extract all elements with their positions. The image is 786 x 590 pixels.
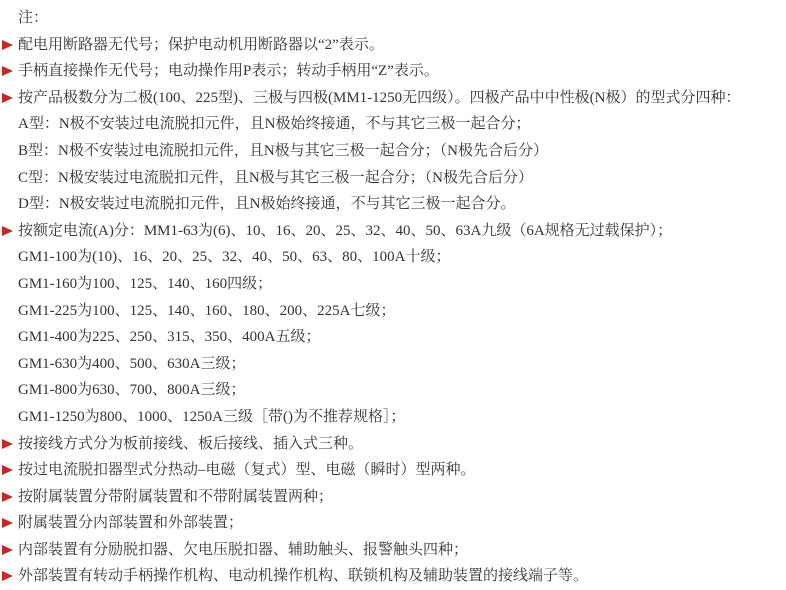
note-bullet-line: 按额定电流(A)分：MM1-63为(6)、10、16、20、25、32、40、5… (0, 218, 786, 245)
note-sub-line: B型：N极不安装过电流脱扣元件，且N极与其它三极一起合分；（N极先合后分） (0, 138, 786, 165)
note-bullet-line: 配电用断路器无代号；保护电动机用断路器以“2”表示。 (0, 32, 786, 59)
line-text: D型：N极安装过电流脱扣元件，且N极始终接通，不与其它三极一起合分。 (18, 196, 516, 212)
line-text: GM1-1250为800、1000、1250A三级［带()为不推荐规格］； (18, 409, 406, 425)
line-text: 内部装置有分励脱扣器、欠电压脱扣器、辅助触头、报警触头四种； (18, 542, 468, 558)
note-bullet-line: 按附属装置分带附属装置和不带附属装置两种； (0, 484, 786, 511)
note-bullet-line: 附属装置分内部装置和外部装置； (0, 510, 786, 537)
line-text: GM1-630为400、500、630A三级； (18, 356, 246, 372)
note-label: 注： (18, 10, 48, 26)
note-bullet-line: 手柄直接操作无代号；电动操作用P表示；转动手柄用“Z”表示。 (0, 58, 786, 85)
notes-document: 注： 配电用断路器无代号；保护电动机用断路器以“2”表示。手柄直接操作无代号；电… (0, 0, 786, 590)
arrow-bullet-icon (2, 226, 13, 236)
note-label-line: 注： (0, 5, 786, 32)
line-text: GM1-100为(10)、16、20、25、32、40、50、63、80、100… (18, 249, 451, 265)
line-text: B型：N极不安装过电流脱扣元件，且N极与其它三极一起合分；（N极先合后分） (18, 143, 548, 159)
note-bullet-line: 按接线方式分为板前接线、板后接线、插入式三种。 (0, 431, 786, 458)
arrow-bullet-icon (2, 66, 13, 76)
arrow-bullet-icon (2, 93, 13, 103)
note-sub-line: GM1-100为(10)、16、20、25、32、40、50、63、80、100… (0, 244, 786, 271)
note-sub-line: GM1-160为100、125、140、160四级； (0, 271, 786, 298)
arrow-bullet-icon (2, 439, 13, 449)
line-text: A型：N极不安装过电流脱扣元件，且N极始终接通，不与其它三极一起合分； (18, 116, 531, 132)
note-sub-line: GM1-800为630、700、800A三级； (0, 377, 786, 404)
line-text: GM1-160为100、125、140、160四级； (18, 276, 272, 292)
line-text: 按过电流脱扣器型式分热动–电磁（复式）型、电磁（瞬时）型两种。 (18, 462, 476, 478)
line-text: 配电用断路器无代号；保护电动机用断路器以“2”表示。 (18, 37, 384, 53)
line-text: 附属装置分内部装置和外部装置； (18, 515, 243, 531)
note-bullet-line: 按产品极数分为二极(100、225型)、三极与四极(MM1-1250无四级）。四… (0, 85, 786, 112)
line-text: 按附属装置分带附属装置和不带附属装置两种； (18, 489, 333, 505)
note-sub-line: C型：N极安装过电流脱扣元件，且N极与其它三极一起合分；（N极先合后分） (0, 165, 786, 192)
line-text: 手柄直接操作无代号；电动操作用P表示；转动手柄用“Z”表示。 (18, 63, 439, 79)
arrow-bullet-icon (2, 465, 13, 475)
arrow-bullet-icon (2, 545, 13, 555)
notes-list: 配电用断路器无代号；保护电动机用断路器以“2”表示。手柄直接操作无代号；电动操作… (0, 32, 786, 590)
line-text: 按额定电流(A)分：MM1-63为(6)、10、16、20、25、32、40、5… (18, 223, 672, 239)
note-sub-line: D型：N极安装过电流脱扣元件，且N极始终接通，不与其它三极一起合分。 (0, 191, 786, 218)
note-bullet-line: 外部装置有转动手柄操作机构、电动机操作机构、联锁机构及辅助装置的接线端子等。 (0, 563, 786, 590)
note-bullet-line: 内部装置有分励脱扣器、欠电压脱扣器、辅助触头、报警触头四种； (0, 537, 786, 564)
note-sub-line: GM1-400为225、250、315、350、400A五级； (0, 324, 786, 351)
line-text: C型：N极安装过电流脱扣元件，且N极与其它三极一起合分；（N极先合后分） (18, 170, 533, 186)
arrow-bullet-icon (2, 492, 13, 502)
note-sub-line: GM1-630为400、500、630A三级； (0, 351, 786, 378)
line-text: GM1-400为225、250、315、350、400A五级； (18, 329, 321, 345)
line-text: 外部装置有转动手柄操作机构、电动机操作机构、联锁机构及辅助装置的接线端子等。 (18, 568, 588, 584)
arrow-bullet-icon (2, 571, 13, 581)
arrow-bullet-icon (2, 40, 13, 50)
line-text: GM1-225为100、125、140、160、180、200、225A七级； (18, 303, 396, 319)
note-sub-line: A型：N极不安装过电流脱扣元件，且N极始终接通，不与其它三极一起合分； (0, 111, 786, 138)
line-text: 按接线方式分为板前接线、板后接线、插入式三种。 (18, 436, 363, 452)
line-text: GM1-800为630、700、800A三级； (18, 382, 246, 398)
line-text: 按产品极数分为二极(100、225型)、三极与四极(MM1-1250无四级）。四… (18, 90, 741, 106)
note-sub-line: GM1-1250为800、1000、1250A三级［带()为不推荐规格］； (0, 404, 786, 431)
arrow-bullet-icon (2, 518, 13, 528)
note-sub-line: GM1-225为100、125、140、160、180、200、225A七级； (0, 298, 786, 325)
note-bullet-line: 按过电流脱扣器型式分热动–电磁（复式）型、电磁（瞬时）型两种。 (0, 457, 786, 484)
